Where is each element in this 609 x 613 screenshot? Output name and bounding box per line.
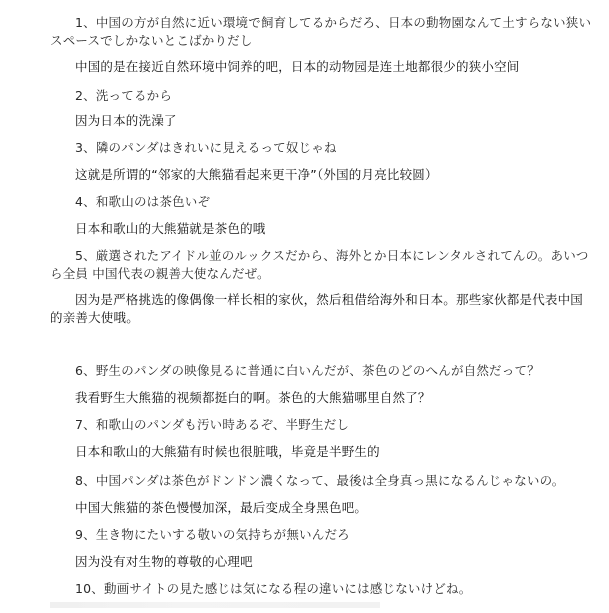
- paragraph-5-zh: 因为是严格挑选的像偶像一样长相的家伙，然后租借给海外和日本。那些家伙都是代表中国…: [50, 291, 595, 327]
- paragraph-7-zh: 日本和歌山的大熊猫有时候也很脏哦，毕竟是半野生的: [50, 443, 595, 461]
- paragraph-2-jp: 2、洗ってるから: [50, 87, 595, 105]
- paragraph-4-jp: 4、和歌山のは茶色いぞ: [50, 193, 595, 211]
- paragraph-2-zh: 因为日本的洗澡了: [50, 112, 595, 130]
- paragraph-4-zh: 日本和歌山的大熊猫就是茶色的哦: [50, 220, 595, 238]
- paragraph-8-zh: 中国大熊猫的茶色慢慢加深，最后变成全身黑色吧。: [50, 499, 595, 517]
- paragraph-7-jp: 7、和歌山のパンダも汚い時あるぞ、半野生だし: [50, 416, 595, 434]
- paragraph-1-jp: 1、中国の方が自然に近い環境で飼育してるからだろ、日本の動物園なんて土すらない狭…: [50, 14, 595, 50]
- paragraph-3-jp: 3、隣のパンダはきれいに見えるって奴じゃね: [50, 139, 595, 157]
- paragraph-8-jp: 8、中国パンダは茶色がドンドン濃くなって、最後は全身真っ黒になるんじゃないの。: [50, 472, 595, 490]
- paragraph-10-jp: 10、動画サイトの見た感じは気になる程の違いには感じないけどね。: [50, 580, 595, 598]
- paragraph-9-zh: 因为没有对生物的尊敬的心理吧: [50, 553, 595, 571]
- paragraph-6-jp: 6、野生のパンダの映像見るに普通に白いんだが、茶色のどのへんが自然だって？: [50, 362, 595, 380]
- paragraph-6-zh: 我看野生大熊猫的视频都挺白的啊。茶色的大熊猫哪里自然了？: [50, 389, 595, 407]
- paragraph-5-jp: 5、厳選されたアイドル並のルックスだから、海外とか日本にレンタルされてんの。あい…: [50, 247, 595, 283]
- cut-off-text-line: [50, 602, 380, 608]
- paragraph-1-zh: 中国的是在接近自然环境中饲养的吧，日本的动物园是连土地都很少的狭小空间: [50, 58, 595, 76]
- paragraph-3-zh: 这就是所谓的“邻家的大熊猫看起来更干净”（外国的月亮比较圆）: [50, 166, 595, 184]
- paragraph-9-jp: 9、生き物にたいする敬いの気持ちが無いんだろ: [50, 526, 595, 544]
